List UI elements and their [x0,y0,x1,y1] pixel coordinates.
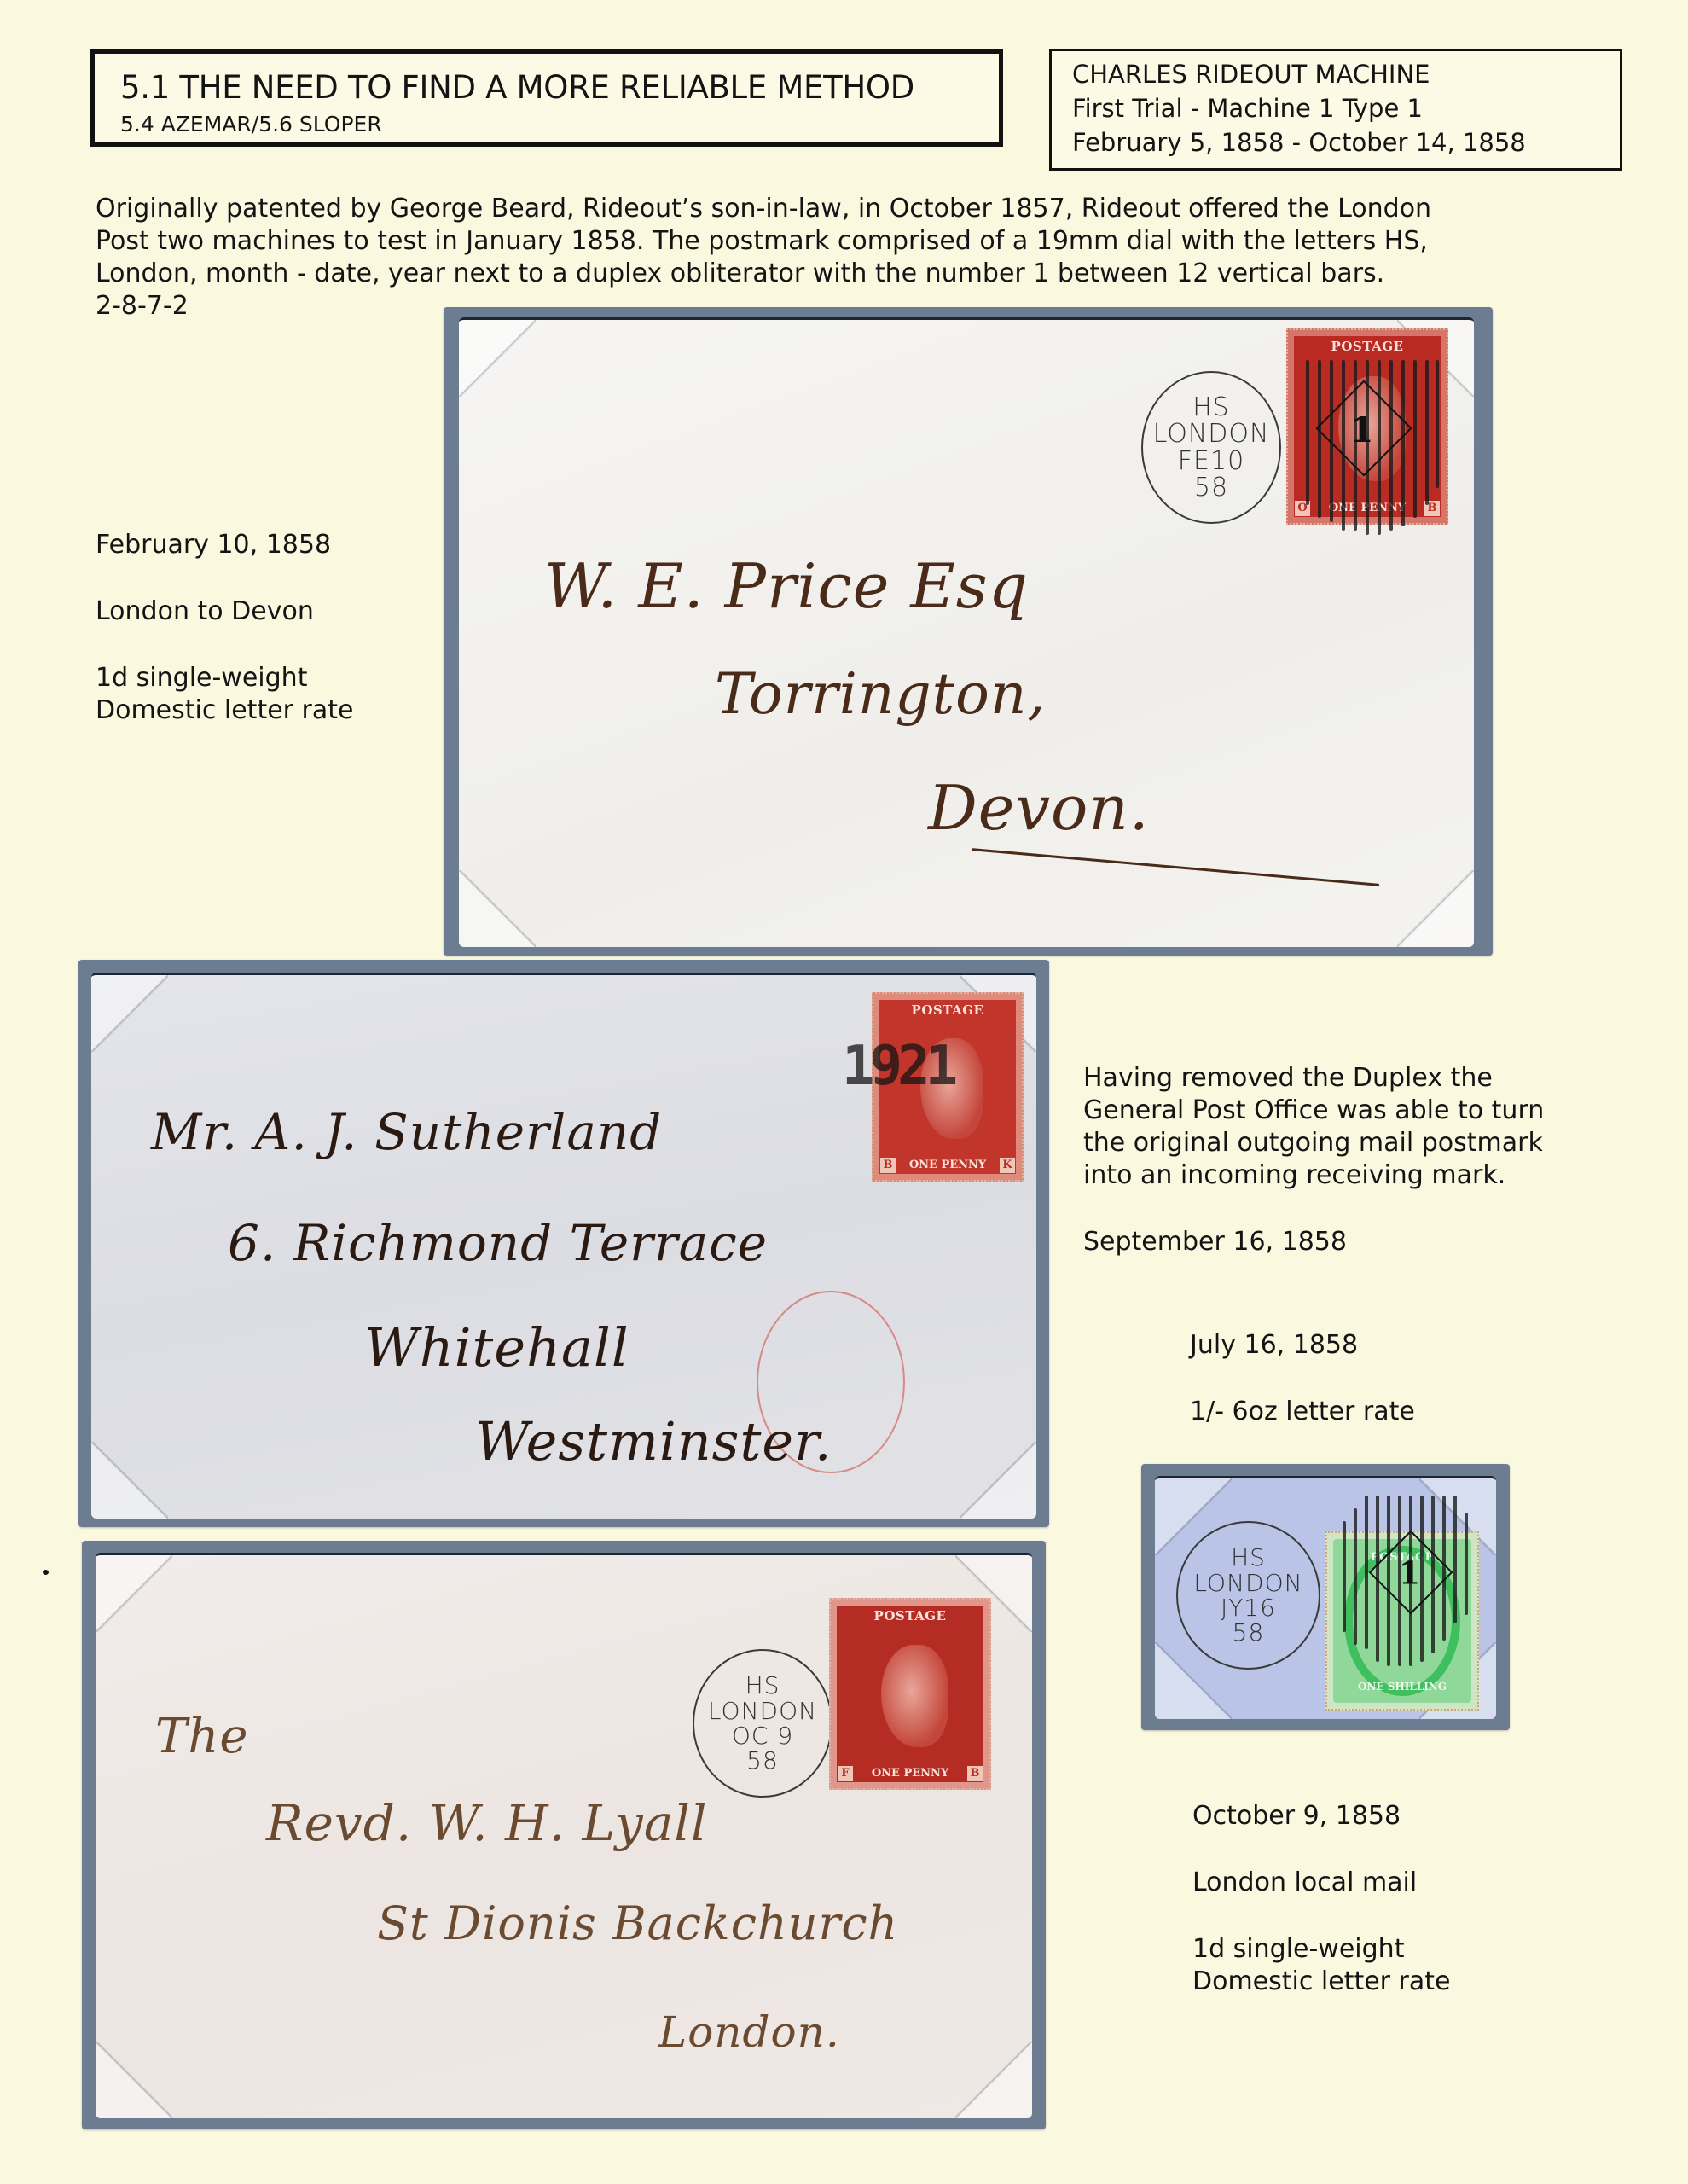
address-line: Westminster. [475,1410,832,1472]
mount-corner [91,1442,168,1519]
cover4-postmark: HS LONDON OC 9 58 [693,1649,832,1798]
postmark-line: HS [1231,1545,1266,1570]
mount-corner [1397,870,1474,947]
flourish-underline [972,848,1379,886]
stamp-top-label: POSTAGE [837,1608,983,1623]
check-letter: K [1000,1158,1015,1173]
check-letter: B [967,1766,983,1781]
cover1-date: February 10, 1858 [96,529,353,561]
mount-corner [96,2042,172,2118]
cover2-mount: POSTAGE ONE PENNY B K 1921 Mr. A. J. Sut… [78,960,1049,1527]
cover4-mount: HS LONDON OC 9 58 POSTAGE ONE PENNY F B … [82,1541,1046,2129]
machine-info-box: CHARLES RIDEOUT MACHINE First Trial - Ma… [1049,49,1622,171]
caption-line: Having removed the Duplex the [1083,1062,1544,1095]
obliterator-number: 1 [1382,1555,1438,1591]
section-title: 5.1 THE NEED TO FIND A MORE RELIABLE MET… [120,69,914,106]
cover1-rate: 1d single-weight [96,662,353,694]
cover1-mount: HS LONDON FE10 58 POSTAGE ONE PENNY O B … [444,307,1493,955]
caption-line: General Post Office was able to turn [1083,1095,1544,1127]
cover4-caption: October 9, 1858 London local mail 1d sin… [1192,1800,1450,1998]
postmark-line: LONDON [708,1699,817,1723]
cover1-route: London to Devon [96,595,353,628]
stamp-value-label: ONE PENNY [837,1767,983,1780]
intro-text: Originally patented by George Beard, Rid… [96,193,1614,322]
postmark-line: OC 9 [732,1723,793,1748]
mount-corner [459,320,536,397]
cover2-envelope: POSTAGE ONE PENNY B K 1921 Mr. A. J. Sut… [91,973,1036,1519]
postmark-line: 58 [1233,1620,1265,1645]
cover4-date: October 9, 1858 [1192,1800,1450,1833]
cover2-date: September 16, 1858 [1083,1226,1544,1258]
address-line: Mr. A. J. Sutherland [151,1103,662,1161]
cover4-stamp: POSTAGE ONE PENNY F B [829,1598,991,1790]
address-line: Whitehall [364,1316,629,1379]
address-line: Torrington, [715,661,1046,727]
stamp-value-label: ONE SHILLING [1333,1681,1471,1693]
piece3-rate: 1/- 6oz letter rate [1190,1396,1415,1428]
obliterator-number: 1 [1330,410,1395,450]
check-letter: B [880,1158,896,1173]
cover1-caption: February 10, 1858 London to Devon 1d sin… [96,529,353,727]
mount-corner [459,870,536,947]
postmark-line: 58 [746,1748,779,1773]
address-line: The [155,1709,249,1764]
postmark-line: JY16 [1221,1595,1276,1620]
postmark-line: HS [745,1673,780,1698]
mount-corner [960,1442,1036,1519]
section-subtitle: 5.4 AZEMAR/5.6 SLOPER [120,112,382,136]
cover4-rate: 1d single-weight [1192,1933,1450,1966]
queen-head-icon [881,1645,948,1747]
cover4-route: London local mail [1192,1867,1450,1899]
cover1-envelope: HS LONDON FE10 58 POSTAGE ONE PENNY O B … [459,317,1474,947]
address-line: 6. Richmond Terrace [228,1214,768,1272]
piece3-postmark: HS LONDON JY16 58 [1176,1521,1320,1670]
postmark-line: LONDON [1153,421,1270,448]
machine-dates: February 5, 1858 - October 14, 1858 [1072,128,1526,157]
mount-corner [91,975,168,1052]
address-line: Revd. W. H. Lyall [266,1794,708,1852]
section-title-box: 5.1 THE NEED TO FIND A MORE RELIABLE MET… [90,49,1003,147]
postmark-line: FE10 [1178,448,1244,475]
caption-line: into an incoming receiving mark. [1083,1159,1544,1192]
caption-line: the original outgoing mail postmark [1083,1127,1544,1159]
ink-speck [43,1570,49,1575]
cover4-rate-type: Domestic letter rate [1192,1966,1450,1998]
cover1-postmark: HS LONDON FE10 58 [1141,371,1281,524]
mount-corner [955,2042,1032,2118]
address-line: London. [658,2007,840,2057]
cover1-stamp: POSTAGE ONE PENNY O B 1 [1286,328,1448,525]
check-letter: F [838,1766,853,1781]
piece3-fragment: HS LONDON JY16 58 POSTAGE ONE SHILLING 1 [1155,1476,1496,1719]
mount-corner [96,1555,172,1632]
stamp-value-label: ONE PENNY [879,1159,1016,1171]
cover1-rate-type: Domestic letter rate [96,694,353,727]
piece3-mount: HS LONDON JY16 58 POSTAGE ONE SHILLING 1 [1141,1464,1510,1730]
machine-trial: First Trial - Machine 1 Type 1 [1072,94,1423,123]
stamp-top-label: POSTAGE [879,1002,1016,1018]
address-line: St Dionis Backchurch [377,1896,898,1950]
postmark-line: LONDON [1193,1571,1302,1595]
intro-line: Originally patented by George Beard, Rid… [96,193,1614,225]
intro-line: London, month - date, year next to a dup… [96,258,1614,290]
address-line: W. E. Price Esq [544,550,1029,622]
cover2-caption: Having removed the Duplex the General Po… [1083,1062,1544,1258]
numeral-cancel: 1921 [842,1035,953,1098]
cover4-envelope: HS LONDON OC 9 58 POSTAGE ONE PENNY F B … [96,1553,1032,2118]
piece3-caption: July 16, 1858 1/- 6oz letter rate [1190,1329,1415,1428]
stamp-top-label: POSTAGE [1294,339,1441,354]
address-line: Devon. [928,772,1150,844]
postmark-line: 58 [1194,474,1228,502]
piece3-date: July 16, 1858 [1190,1329,1415,1362]
intro-line: Post two machines to test in January 185… [96,225,1614,258]
machine-name: CHARLES RIDEOUT MACHINE [1072,60,1430,89]
postmark-line: HS [1192,394,1230,421]
